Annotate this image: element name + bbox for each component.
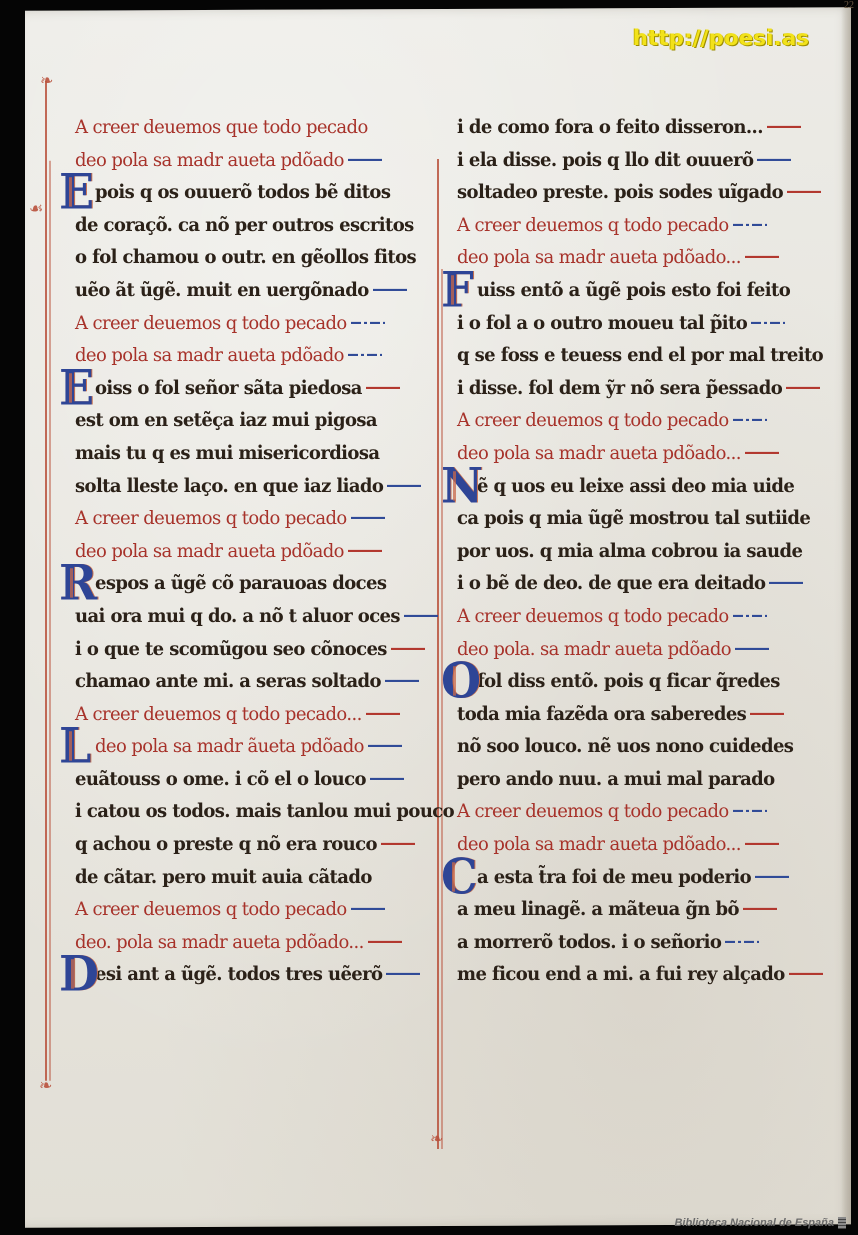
refrain-line: A creer deuemos q todo pecado <box>457 600 827 634</box>
line-filler-stroke <box>743 908 777 910</box>
verse-line: o fol chamou o outr. en gẽollos fitos <box>75 242 445 276</box>
line-text: a morrerõ todos. i o señorio <box>457 931 721 953</box>
refrain-line: A creer deuemos que todo pecado <box>75 111 445 145</box>
line-text: A creer deuemos q todo pecado... <box>75 703 362 725</box>
line-text: oiss o fol señor sãta piedosa <box>95 377 362 399</box>
line-filler-stroke <box>750 713 784 715</box>
line-text: de cãtar. pero muit auia cãtado <box>75 866 372 888</box>
verse-line: por uos. q mia alma cobrou ia saude <box>457 535 827 569</box>
refrain-line: deo pola sa madr aueta pdõado... <box>457 437 827 471</box>
verse-line: Respos a ũgẽ cõ parauoas doces <box>75 567 445 601</box>
line-text: uẽo ãt ũgẽ. muit en uergõnado <box>75 279 369 301</box>
refrain-line: Ldeo pola sa madr ãueta pdõado <box>75 730 445 764</box>
line-text: A creer deuemos q todo pecado <box>75 508 347 530</box>
line-filler-stroke <box>404 615 438 617</box>
refrain-line: A creer deuemos q todo pecado <box>457 405 827 439</box>
refrain-line: deo pola sa madr aueta pdõado <box>75 144 445 178</box>
flourish-top-left: ❧ <box>40 71 53 90</box>
line-filler-stroke <box>733 224 767 226</box>
verse-line: a meu linagẽ. a mãteua g̃n bõ <box>457 893 827 927</box>
left-margin-border <box>45 81 47 1081</box>
line-filler-stroke <box>348 158 382 160</box>
line-filler-stroke <box>366 387 400 389</box>
line-filler-stroke <box>373 289 407 291</box>
line-filler-stroke <box>368 745 402 747</box>
refrain-line: A creer deuemos q todo pecado <box>75 307 445 341</box>
verse-line: Desi ant a ũgẽ. todos tres uẽerõ <box>75 959 445 993</box>
line-text: ẽ q uos eu leixe assi deo mia uide <box>477 475 794 497</box>
line-text: por uos. q mia alma cobrou ia saude <box>457 540 802 562</box>
line-text: A creer deuemos q todo pecado <box>457 410 729 432</box>
refrain-line: A creer deuemos q todo pecado <box>75 893 445 927</box>
verse-line: a morrerõ todos. i o señorio <box>457 926 827 960</box>
line-filler-stroke <box>348 550 382 552</box>
verse-line: i o bẽ de deo. de que era deitado <box>457 567 827 601</box>
verse-line: q achou o preste q nõ era rouco <box>75 828 445 862</box>
verse-line: ca pois q mia ũgẽ mostrou tal sutiide <box>457 502 827 536</box>
line-text: espos a ũgẽ cõ parauoas doces <box>95 573 386 595</box>
refrain-line: deo pola sa madr aueta pdõado... <box>457 828 827 862</box>
flourish-center-bottom: ❧ <box>430 1129 443 1148</box>
refrain-line: deo pola sa madr aueta pdõado... <box>457 242 827 276</box>
line-text: uiss entõ a ũgẽ pois esto foi feito <box>477 279 790 301</box>
line-filler-stroke <box>745 843 779 845</box>
line-filler-stroke <box>745 256 779 258</box>
line-text: deo pola sa madr aueta pdõado <box>75 345 344 367</box>
line-text: est om en setẽça iaz mui pigosa <box>75 410 377 432</box>
verse-line: i ela disse. pois q llo dit ouuerõ <box>457 144 827 178</box>
line-text: euãtouss o ome. i cõ el o louco <box>75 768 366 790</box>
line-text: deo pola sa madr aueta pdõado <box>75 149 344 171</box>
verse-line: toda mia fazẽda ora saberedes <box>457 698 827 732</box>
refrain-line: A creer deuemos q todo pecado <box>457 796 827 830</box>
left-margin-border-inner <box>49 161 51 1081</box>
line-text: ca pois q mia ũgẽ mostrou tal sutiide <box>457 508 810 530</box>
line-filler-stroke <box>789 973 823 975</box>
verse-line: de coraçõ. ca nõ per outros escritos <box>75 209 445 243</box>
refrain-line: A creer deuemos q todo pecado... <box>75 698 445 732</box>
verse-line: solta lleste laço. en que iaz liado <box>75 470 445 504</box>
verse-line: nõ soo louco. nẽ uos nono cuidedes <box>457 730 827 764</box>
line-text: i o bẽ de deo. de que era deitado <box>457 573 765 595</box>
verse-line: me ficou end a mi. a fui rey alçado <box>457 959 827 993</box>
line-text: me ficou end a mi. a fui rey alçado <box>457 964 785 986</box>
verse-line: de cãtar. pero muit auia cãtado <box>75 861 445 895</box>
line-text: fol diss entõ. pois q ficar q̃redes <box>477 671 780 693</box>
line-text: a meu linagẽ. a mãteua g̃n bõ <box>457 899 739 921</box>
left-text-column: A creer deuemos que todo pecadodeo pola … <box>75 112 445 992</box>
line-text: A creer deuemos que todo pecado <box>75 116 368 138</box>
verse-line: Nẽ q uos eu leixe assi deo mia uide <box>457 470 827 504</box>
flourish-left-1: ☙ <box>29 199 43 218</box>
line-filler-stroke <box>733 419 767 421</box>
line-text: chamao ante mi. a seras soltado <box>75 671 381 693</box>
line-filler-stroke <box>733 810 767 812</box>
verse-line: Ofol diss entõ. pois q ficar q̃redes <box>457 665 827 699</box>
page-edge <box>841 7 851 1224</box>
line-filler-stroke <box>725 941 759 943</box>
refrain-line: deo pola sa madr aueta pdõado <box>75 339 445 373</box>
refrain-line: deo pola sa madr aueta pdõado <box>75 535 445 569</box>
line-filler-stroke <box>733 615 767 617</box>
line-filler-stroke <box>769 582 803 584</box>
line-filler-stroke <box>351 517 385 519</box>
line-filler-stroke <box>385 680 419 682</box>
line-text: pero ando nuu. a mui mal parado <box>457 768 775 790</box>
verse-line: i o que te scomũgou seo cõnoces <box>75 633 445 667</box>
credit-text: Biblioteca Nacional de España <box>674 1217 834 1229</box>
verse-line: i catou os todos. mais tanlou mui pouco <box>75 796 445 830</box>
line-text: q se foss e teuess end el por mal treito <box>457 345 823 367</box>
verse-line: q se foss e teuess end el por mal treito <box>457 339 827 373</box>
line-filler-stroke <box>767 126 801 128</box>
verse-line: pero ando nuu. a mui mal parado <box>457 763 827 797</box>
line-text: deo. pola sa madr aueta pdõado... <box>75 931 364 953</box>
verse-line: Ca esta t̃ra foi de meu poderio <box>457 861 827 895</box>
line-filler-stroke <box>386 973 420 975</box>
line-text: A creer deuemos q todo pecado <box>75 312 347 334</box>
line-filler-stroke <box>351 321 385 323</box>
line-text: deo pola sa madr aueta pdõado... <box>457 833 741 855</box>
line-text: deo pola sa madr aueta pdõado <box>75 540 344 562</box>
line-text: uai ora mui q do. a nõ t aluor oces <box>75 605 400 627</box>
line-filler-stroke <box>757 158 791 160</box>
refrain-line: deo. pola sa madr aueta pdõado... <box>75 926 445 960</box>
refrain-line: A creer deuemos q todo pecado <box>457 209 827 243</box>
line-text: deo pola. sa madr aueta pdõado <box>457 638 731 660</box>
line-text: i o que te scomũgou seo cõnoces <box>75 638 387 660</box>
line-text: deo pola sa madr aueta pdõado... <box>457 247 741 269</box>
flourish-left-bottom: ❧ <box>39 1076 52 1095</box>
verse-line: uẽo ãt ũgẽ. muit en uergõnado <box>75 274 445 308</box>
line-filler-stroke <box>368 941 402 943</box>
line-text: i de como fora o feito disseron... <box>457 116 763 138</box>
refrain-line: deo pola. sa madr aueta pdõado <box>457 633 827 667</box>
line-text: deo pola sa madr aueta pdõado... <box>457 442 741 464</box>
verse-line: i disse. fol dem ỹr nõ sera p̃essado <box>457 372 827 406</box>
line-text: A creer deuemos q todo pecado <box>457 214 729 236</box>
verse-line: Fuiss entõ a ũgẽ pois esto foi feito <box>457 274 827 308</box>
line-filler-stroke <box>381 843 415 845</box>
line-filler-stroke <box>755 876 789 878</box>
line-text: A creer deuemos q todo pecado <box>457 605 729 627</box>
verse-line: soltadeo preste. pois sodes uĩgado <box>457 176 827 210</box>
line-text: solta lleste laço. en que iaz liado <box>75 475 383 497</box>
line-text: soltadeo preste. pois sodes uĩgado <box>457 182 783 204</box>
line-text: i disse. fol dem ỹr nõ sera p̃essado <box>457 377 782 399</box>
library-logo-icon <box>838 1217 846 1229</box>
line-filler-stroke <box>351 908 385 910</box>
watermark-url: http://poesi.as <box>633 26 809 50</box>
line-filler-stroke <box>391 647 425 649</box>
verse-line: Epois q os ouuerõ todos bẽ ditos <box>75 176 445 210</box>
line-text: de coraçõ. ca nõ per outros escritos <box>75 214 414 236</box>
line-text: nõ soo louco. nẽ uos nono cuidedes <box>457 736 793 758</box>
line-filler-stroke <box>370 778 404 780</box>
line-text: mais tu q es mui misericordiosa <box>75 442 379 464</box>
verse-line: chamao ante mi. a seras soltado <box>75 665 445 699</box>
line-text: A creer deuemos q todo pecado <box>75 899 347 921</box>
line-text: esi ant a ũgẽ. todos tres uẽerõ <box>95 964 382 986</box>
verse-line: i o fol a o outro moueu tal p̃ito <box>457 307 827 341</box>
verse-line: mais tu q es mui misericordiosa <box>75 437 445 471</box>
line-text: i catou os todos. mais tanlou mui pouco <box>75 801 454 823</box>
line-filler-stroke <box>787 191 821 193</box>
verse-line: i de como fora o feito disseron... <box>457 111 827 145</box>
line-text: A creer deuemos q todo pecado <box>457 801 729 823</box>
verse-line: uai ora mui q do. a nõ t aluor oces <box>75 600 445 634</box>
refrain-line: A creer deuemos q todo pecado <box>75 502 445 536</box>
line-text: o fol chamou o outr. en gẽollos fitos <box>75 247 416 269</box>
verse-line: est om en setẽça iaz mui pigosa <box>75 405 445 439</box>
line-text: i ela disse. pois q llo dit ouuerõ <box>457 149 753 171</box>
verse-line: euãtouss o ome. i cõ el o louco <box>75 763 445 797</box>
line-text: i o fol a o outro moueu tal p̃ito <box>457 312 747 334</box>
line-text: deo pola sa madr ãueta pdõado <box>95 736 364 758</box>
line-text: toda mia fazẽda ora saberedes <box>457 703 746 725</box>
folio-number: 22 <box>844 0 854 11</box>
line-filler-stroke <box>387 484 421 486</box>
line-text: pois q os ouuerõ todos bẽ ditos <box>95 182 390 204</box>
line-filler-stroke <box>745 452 779 454</box>
line-filler-stroke <box>786 387 820 389</box>
library-credit: Biblioteca Nacional de España <box>674 1217 846 1229</box>
right-text-column: i de como fora o feito disseron...i ela … <box>457 112 827 992</box>
line-filler-stroke <box>735 647 769 649</box>
line-filler-stroke <box>751 321 785 323</box>
line-filler-stroke <box>348 354 382 356</box>
line-text: q achou o preste q nõ era rouco <box>75 833 377 855</box>
line-text: a esta t̃ra foi de meu poderio <box>477 866 751 888</box>
illuminated-initial: D <box>59 950 98 998</box>
line-filler-stroke <box>366 713 400 715</box>
verse-line: Eoiss o fol señor sãta piedosa <box>75 372 445 406</box>
